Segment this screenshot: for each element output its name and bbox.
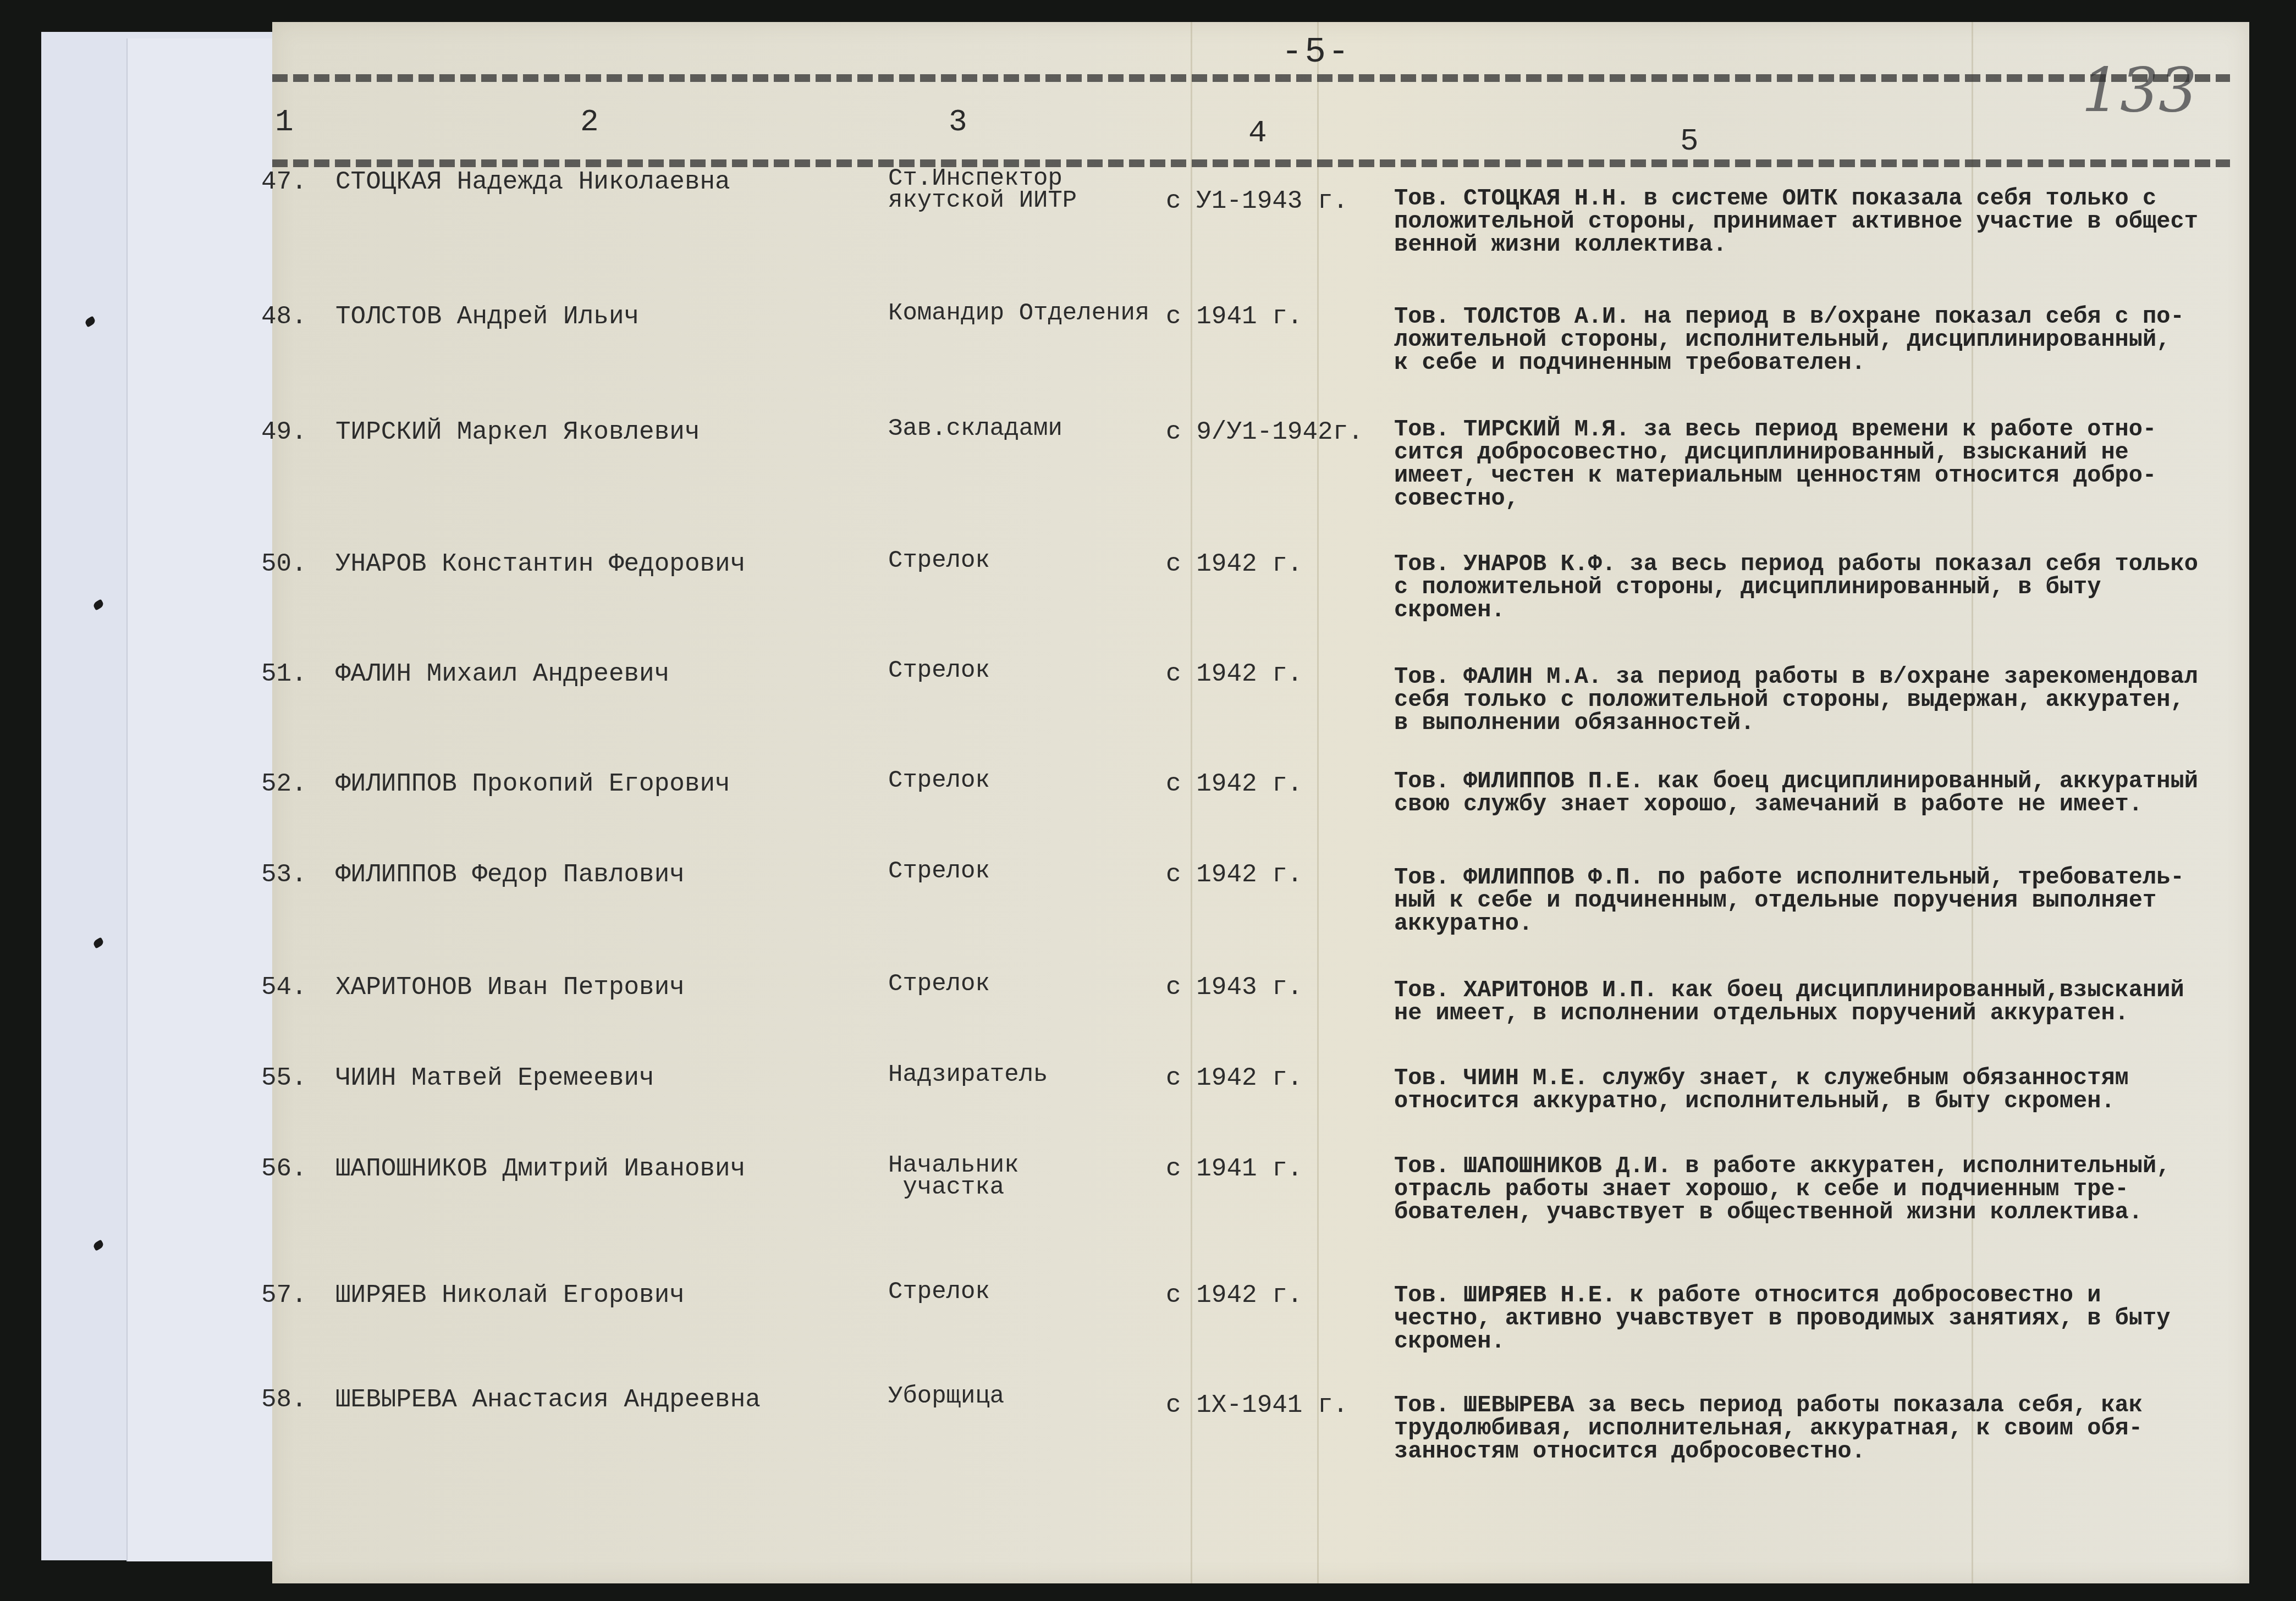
row-number: 55. [261,1064,307,1092]
paper-fold [1317,22,1319,1583]
service-since: с 1942 г. [1166,1281,1302,1310]
row-number: 48. [261,302,307,331]
employee-name: ХАРИТОНОВ Иван Петрович [335,973,685,1002]
employee-position: Надзиратель [888,1064,1048,1086]
punch-hole [92,599,105,610]
characteristic-text: Тов. ШАПОШНИКОВ Д.И. в работе аккуратен,… [1394,1155,2241,1224]
punch-hole [92,937,105,948]
characteristic-text: Тов. ТОЛСТОВ А.И. на период в в/охране п… [1394,305,2241,374]
row-number: 54. [261,973,307,1002]
page-mark: -5- [1281,33,1351,73]
employee-position: Стрелок [888,550,990,572]
employee-name: ТИРСКИЙ Маркел Яковлевич [335,418,700,446]
service-since: с 1942 г. [1166,660,1302,688]
characteristic-text: Тов. ФИЛИППОВ П.Е. как боец дисциплиниро… [1394,770,2241,816]
table-header-rule-top [272,74,2230,82]
employee-position: Стрелок [888,1281,990,1303]
row-number: 49. [261,418,307,446]
punch-hole [84,316,97,327]
document-sheet: -5- 133 1 2 3 4 5 47. СТОЦКАЯ Надежда Ни… [272,22,2249,1583]
characteristic-text: Тов. УНАРОВ К.Ф. за весь период работы п… [1394,553,2241,622]
row-number: 47. [261,168,307,196]
employee-name: ЧИИН Матвей Еремеевич [335,1064,654,1092]
characteristic-text: Тов. ШЕВЫРЕВА за весь период работы пока… [1394,1394,2241,1463]
employee-name: СТОЦКАЯ Надежда Николаевна [335,168,730,196]
service-since: с 1Х-1941 г. [1166,1391,1348,1420]
employee-name: ШИРЯЕВ Николай Егорович [335,1281,685,1310]
characteristic-text: Тов. ХАРИТОНОВ И.П. как боец дисциплинир… [1394,979,2241,1025]
characteristic-text: Тов. ТИРСКИЙ М.Я. за весь период времени… [1394,418,2241,510]
employee-name: ШЕВЫРЕВА Анастасия Андреевна [335,1385,761,1414]
column-number-2: 2 [580,104,599,140]
employee-position: Стрелок [888,860,990,882]
service-since: с 1943 г. [1166,973,1302,1002]
service-since: с 1942 г. [1166,1064,1302,1092]
row-number: 53. [261,860,307,889]
employee-position: Зав.складами [888,418,1062,440]
row-number: 52. [261,770,307,798]
characteristic-text: Тов. СТОЦКАЯ Н.Н. в системе ОИТК показал… [1394,187,2241,256]
employee-position: Стрелок [888,660,990,682]
employee-position: Уборщица [888,1385,1004,1407]
characteristic-text: Тов. ФИЛИППОВ Ф.П. по работе исполнитель… [1394,866,2241,935]
service-since: с 1942 г. [1166,770,1302,798]
service-since: с У1-1943 г. [1166,187,1348,216]
employee-position: Стрелок [888,770,990,792]
employee-name: УНАРОВ Константин Федорович [335,550,745,578]
employee-position: Командир Отделения [888,302,1149,324]
employee-name: ФИЛИППОВ Прокопий Егорович [335,770,730,798]
service-since: с 1941 г. [1166,1155,1302,1183]
row-number: 51. [261,660,307,688]
folio-number: 133 [2082,55,2197,125]
employee-name: ШАПОШНИКОВ Дмитрий Иванович [335,1155,745,1183]
characteristic-text: Тов. ФАЛИН М.А. за период работы в в/охр… [1394,665,2241,735]
row-number: 50. [261,550,307,578]
column-number-1: 1 [275,104,294,140]
column-number-3: 3 [949,104,967,140]
row-number: 58. [261,1385,307,1414]
employee-name: ФАЛИН Михаил Андреевич [335,660,669,688]
column-number-5: 5 [1680,124,1699,159]
characteristic-text: Тов. ШИРЯЕВ Н.Е. к работе относится добр… [1394,1284,2241,1353]
service-since: с 9/У1-1942г. [1166,418,1363,446]
characteristic-text: Тов. ЧИИН М.Е. службу знает, к служебным… [1394,1067,2241,1113]
service-since: с 1942 г. [1166,550,1302,578]
binding-tab-inner [126,38,273,1561]
paper-fold [1191,22,1192,1583]
employee-name: ТОЛСТОВ Андрей Ильич [335,302,639,331]
row-number: 56. [261,1155,307,1183]
service-since: с 1942 г. [1166,860,1302,889]
employee-name: ФИЛИППОВ Федор Павлович [335,860,685,889]
employee-position: Стрелок [888,973,990,995]
row-number: 57. [261,1281,307,1310]
punch-hole [92,1239,105,1251]
column-number-4: 4 [1248,115,1267,151]
table-header-rule-bottom [272,159,2230,167]
service-since: с 1941 г. [1166,302,1302,331]
employee-position: Ст.Инспектор якутской ИИТР [888,168,1077,212]
employee-position: Начальник участка [888,1155,1019,1199]
